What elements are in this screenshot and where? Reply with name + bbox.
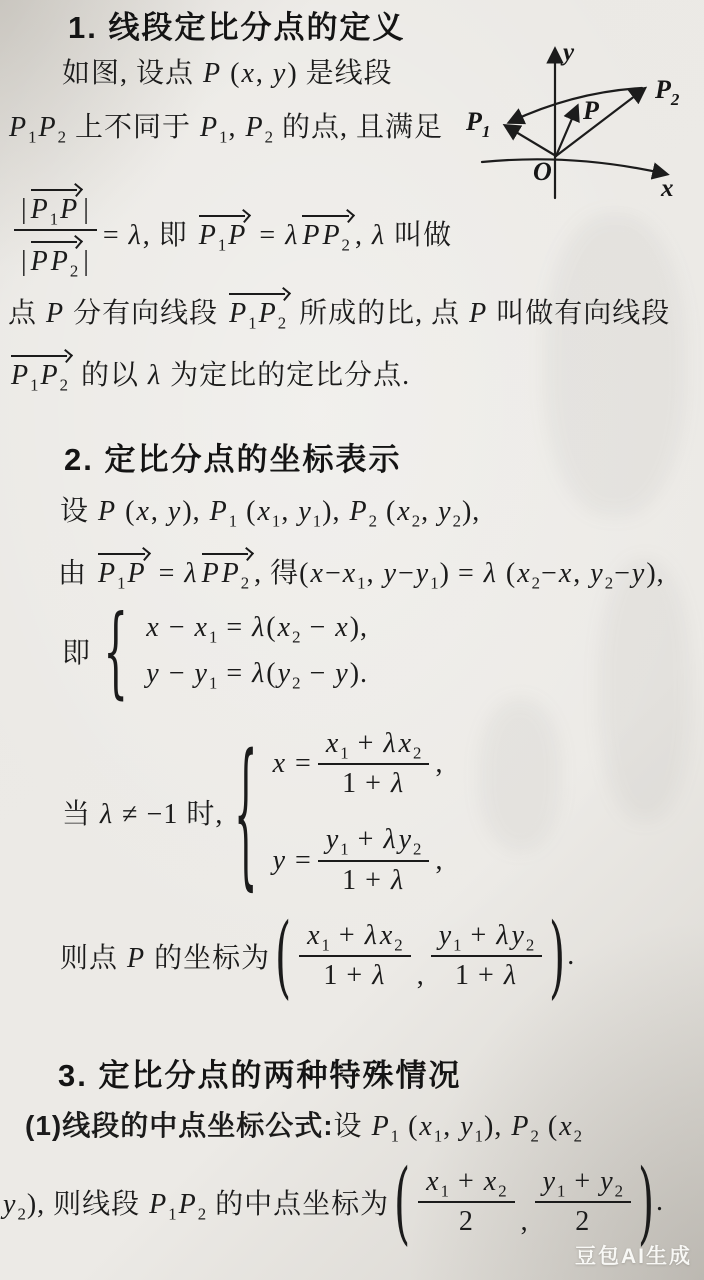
y-formula: y = y1 + λy21 + λ , [272, 824, 444, 896]
right-paren: ) [549, 911, 566, 1001]
separator-comma: , [521, 1206, 529, 1238]
coords-lead: 则点 P 的坐标为 [60, 936, 270, 976]
fraction-bar [299, 955, 411, 957]
diagram-label-x: x [660, 175, 674, 202]
left-brace: { [234, 733, 258, 892]
right-paren: ) [638, 1157, 655, 1247]
section2-line1: 设 P (x, y), P1 (x1, y1), P2 (x2, y2), [60, 494, 480, 530]
fraction-bar [318, 763, 430, 765]
section1-heading: 1. 线段定比分点的定义 [68, 8, 405, 48]
paper-bleed-artifact [600, 560, 690, 820]
system-eq-x: x − x1 = λ(x2 − x), [145, 612, 368, 644]
section1-line1: 如图, 设点 P (x, y) 是线段 [62, 56, 393, 92]
ai-watermark: 豆包AI生成 [575, 1240, 692, 1270]
left-paren: ( [394, 1157, 411, 1247]
left-brace: { [103, 602, 129, 701]
fraction-bar [418, 1201, 514, 1203]
ratio-fraction: |P1P| |PP2| [14, 182, 97, 278]
separator-comma: , [417, 960, 425, 992]
x-axis [482, 159, 666, 174]
ratio-definition-formula: |P1P| |PP2| = λ, 即 P1P = λPP2, λ 叫做 [8, 182, 452, 278]
coordinate-diagram: y x O P P1 P2 [456, 26, 704, 236]
system-of-equations: 即 { x − x1 = λ(x2 − x), y − y1 = λ(y2 − … [62, 612, 368, 690]
midpoint-lead: y2), 则线段 P1P2 的中点坐标为 [2, 1182, 389, 1222]
section3-heading: 3. 定比分点的两种特殊情况 [58, 1056, 461, 1096]
fraction-bar [318, 860, 430, 862]
fraction-bar [431, 955, 543, 957]
section1-line3: 点 P 分有向线段 P1P2 所成的比, 点 P 叫做有向线段 [8, 286, 670, 332]
section3-line1: (1)线段的中点坐标公式:设 P1 (x1, y1), P2 (x2 [25, 1108, 583, 1145]
fraction-bar [14, 229, 97, 231]
section2-line2: 由 P1P = λPP2, 得(x−x1, y−y1) = λ (x2−x, y… [58, 546, 665, 592]
paper-bleed-artifact [480, 700, 560, 850]
section1-line2: P1P2 上不同于 P1, P2 的点, 且满足 [8, 110, 443, 146]
diagram-label-o: O [533, 157, 552, 186]
lambda-condition-system: 当 λ ≠ −1 时, { x = x1 + λx21 + λ , y = y1… [62, 728, 443, 897]
fraction-bar [535, 1201, 631, 1203]
section1-line4: P1P2 的以 λ 为定比的定比分点. [8, 348, 410, 394]
diagram-label-p1: P1 [465, 107, 490, 141]
paper-bleed-artifact [545, 215, 685, 515]
midpoint-label: (1)线段的中点坐标公式: [25, 1110, 334, 1141]
system-lead: 即 [62, 631, 91, 671]
midpoint-formula: y2), 则线段 P1P2 的中点坐标为 ( x1 + x22 , y1 + y… [2, 1166, 664, 1238]
section2-heading: 2. 定比分点的坐标表示 [64, 440, 401, 480]
x-formula: x = x1 + λx21 + λ , [272, 728, 444, 800]
system-eq-y: y − y1 = λ(y2 − y). [145, 658, 368, 690]
vector-o-p1 [506, 126, 556, 156]
midpoint-setup: 设 P1 (x1, y1), P2 (x2 [334, 1111, 583, 1142]
period: . [567, 940, 575, 972]
left-paren: ( [275, 911, 292, 1001]
point-coordinates-result: 则点 P 的坐标为 ( x1 + λx21 + λ , y1 + λy21 + … [60, 920, 575, 992]
diagram-label-p: P [582, 96, 600, 125]
ratio-formula-rest: = λ, 即 P1P = λPP2, λ 叫做 [103, 208, 452, 253]
period: . [656, 1186, 664, 1218]
lambda-condition: 当 λ ≠ −1 时, [62, 792, 223, 832]
textbook-page-photo: 1. 线段定比分点的定义 如图, 设点 P (x, y) 是线段 P1P2 上不… [0, 0, 704, 1280]
diagram-label-p2: P2 [654, 75, 680, 109]
diagram-label-y: y [560, 39, 575, 66]
